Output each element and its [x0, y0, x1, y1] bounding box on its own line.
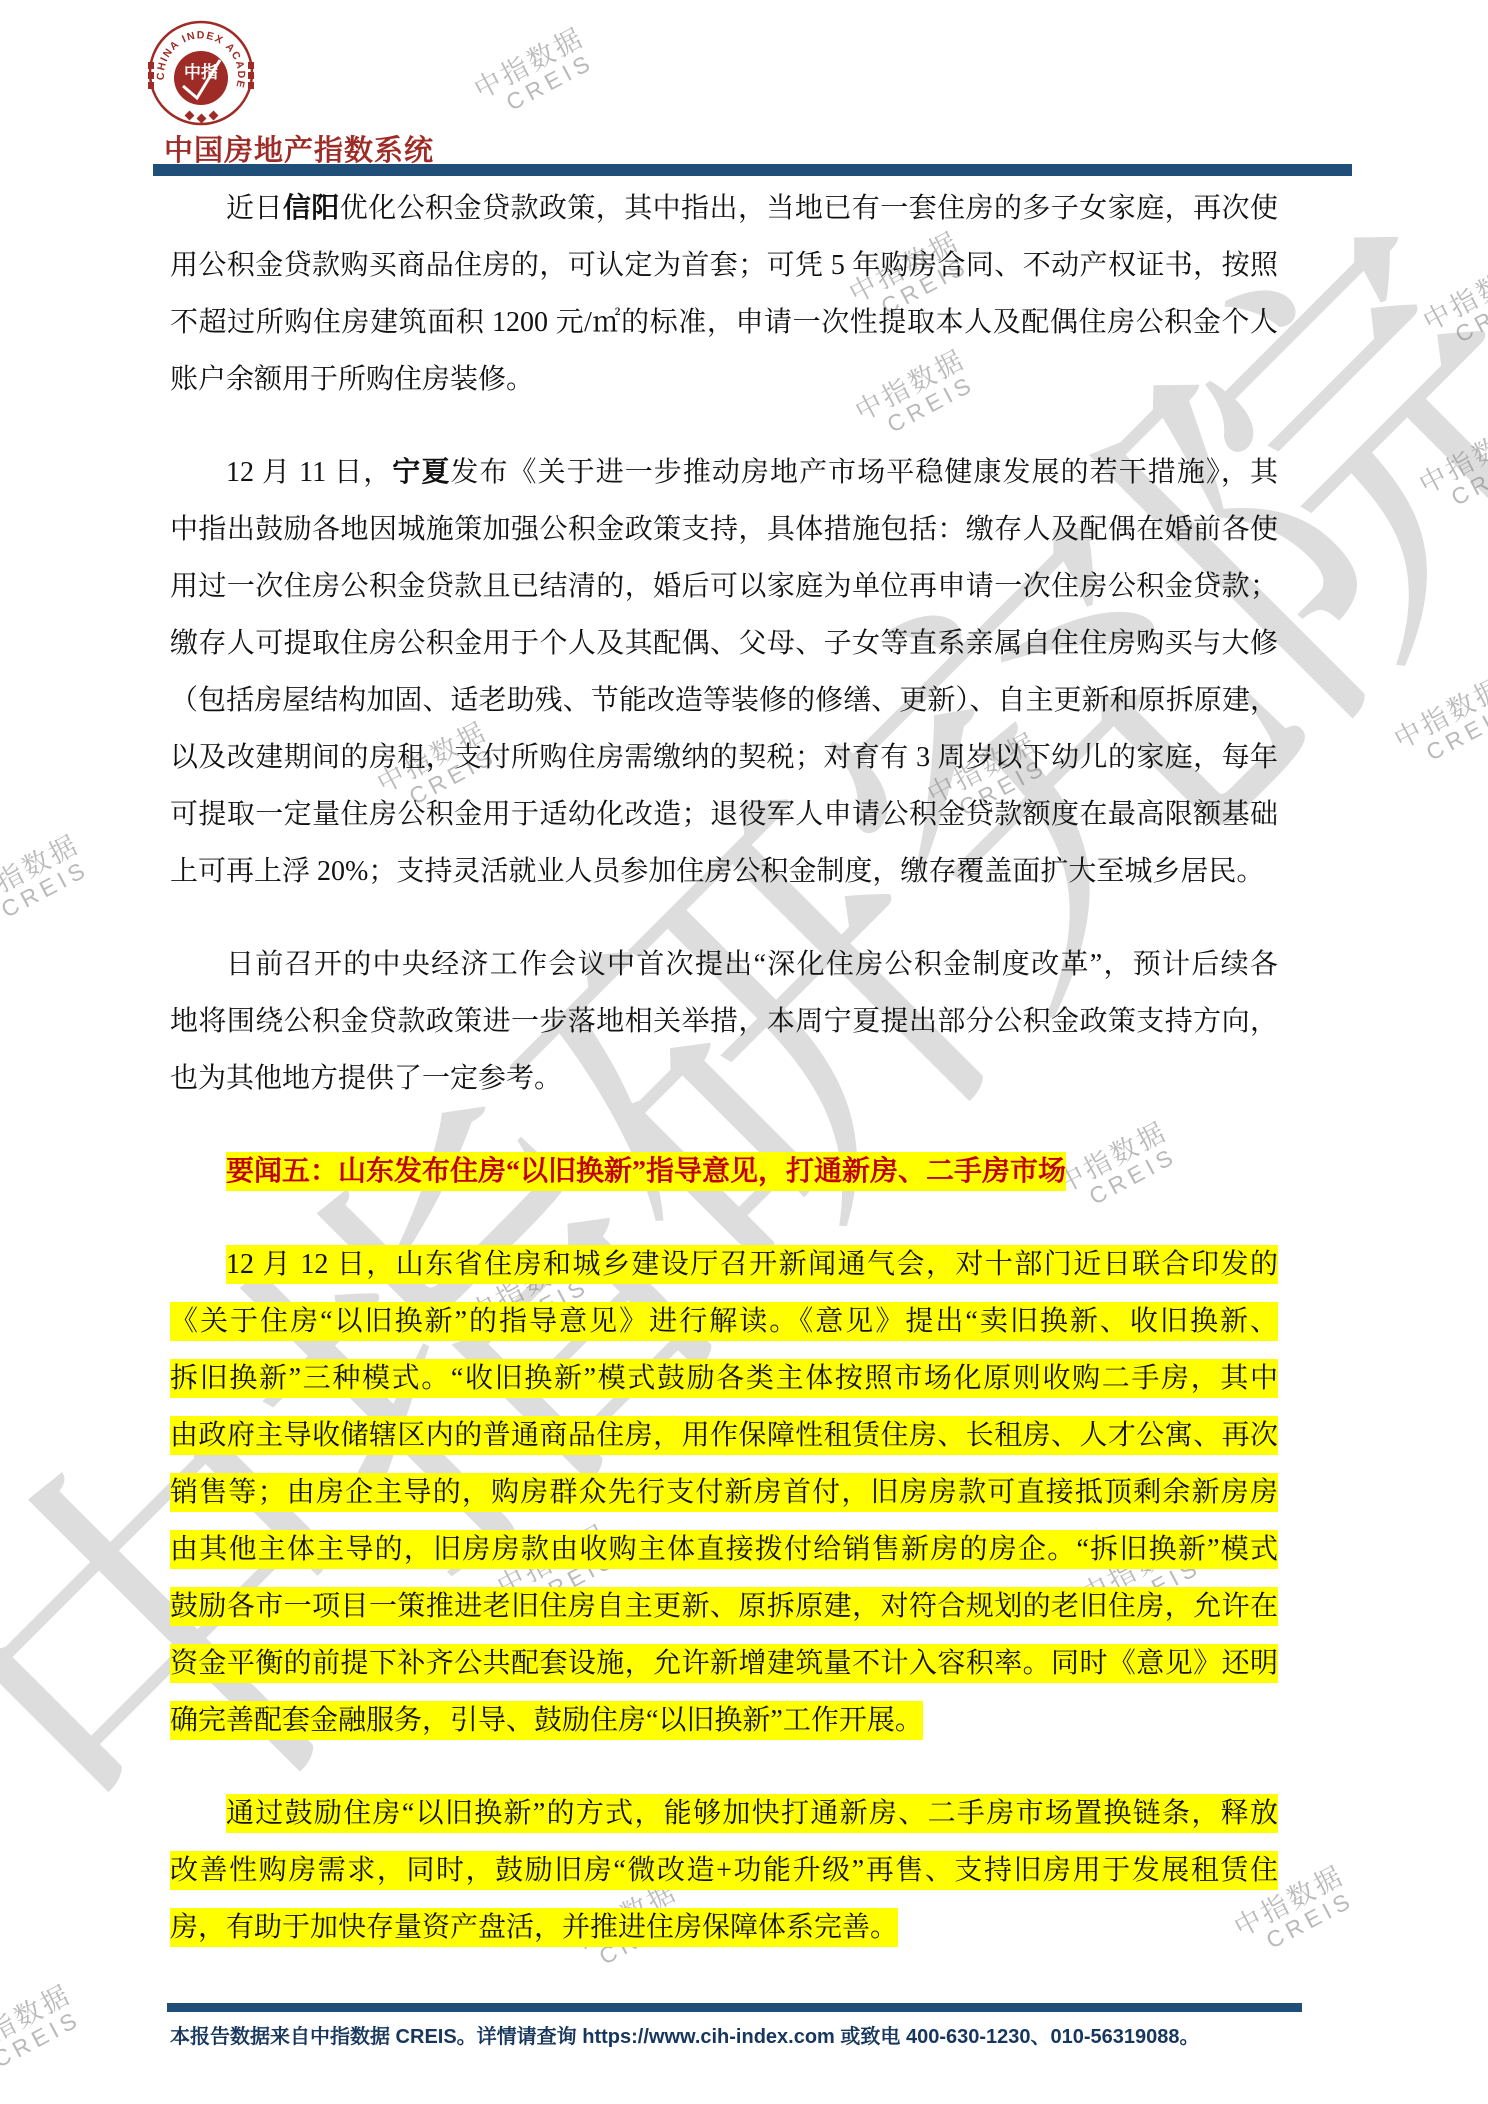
highlight-span: 《关于住房“以旧换新”的指导意见》进行解读。《意见》提出“卖旧换新、收旧换新、	[170, 1302, 1278, 1341]
highlight-span: 通过鼓励住房“以旧换新”的方式，能够加快打通新房、二手房市场置换链条，释放	[226, 1794, 1278, 1833]
highlight-span: 12 月 12 日，山东省住房和城乡建设厅召开新闻通气会，对十部门近日联合印发的	[226, 1245, 1278, 1284]
text-line: 改善性购房需求，同时，鼓励旧房“微改造+功能升级”再售、支持旧房用于发展租赁住	[170, 1842, 1278, 1899]
highlight-span: 要闻五：山东发布住房“以旧换新”指导意见，打通新房、二手房市场	[226, 1152, 1066, 1191]
highlight-span: 房，有助于加快存量资产盘活，并推进住房保障体系完善。	[170, 1908, 898, 1947]
text-line: 鼓励各市一项目一策推进老旧住房自主更新、原拆原建，对符合规划的老旧住房，允许在	[170, 1578, 1278, 1635]
text-line: 近日信阳优化公积金贷款政策，其中指出，当地已有一套住房的多子女家庭，再次使	[170, 180, 1278, 237]
text-line: 可提取一定量住房公积金用于适幼化改造；退役军人申请公积金贷款额度在最高限额基础	[170, 786, 1278, 843]
highlight-span: 由其他主体主导的，旧房房款由收购主体直接拨付给销售新房的房企。“拆旧换新”模式	[170, 1530, 1278, 1569]
text-line: 缴存人可提取住房公积金用于个人及其配偶、父母、子女等直系亲属自住住房购买与大修	[170, 615, 1278, 672]
creis-watermark-small: 中指数据CREIS	[1390, 673, 1488, 776]
highlight-span: 鼓励各市一项目一策推进老旧住房自主更新、原拆原建，对符合规划的老旧住房，允许在	[170, 1587, 1278, 1626]
text-line: 日前召开的中央经济工作会议中首次提出“深化住房公积金制度改革”，预计后续各	[170, 936, 1278, 993]
text-line: 12 月 11 日，宁夏发布《关于进一步推动房地产市场平稳健康发展的若干措施》，…	[170, 444, 1278, 501]
text-line: 要闻五：山东发布住房“以旧换新”指导意见，打通新房、二手房市场	[170, 1143, 1278, 1200]
creis-watermark-small: 中指数据CREIS	[1415, 418, 1488, 521]
system-title: 中国房地产指数系统	[164, 128, 434, 169]
text-line: 确完善配套金融服务，引导、鼓励住房“以旧换新”工作开展。	[170, 1692, 1278, 1749]
text-line: 不超过所购住房建筑面积 1200 元/㎡的标准，申请一次性提取本人及配偶住房公积…	[170, 294, 1278, 351]
footer-divider	[167, 2003, 1302, 2012]
text-line: 通过鼓励住房“以旧换新”的方式，能够加快打通新房、二手房市场置换链条，释放	[170, 1785, 1278, 1842]
text-line: 12 月 12 日，山东省住房和城乡建设厅召开新闻通气会，对十部门近日联合印发的	[170, 1236, 1278, 1293]
creis-logo: CHINA INDEX ACADEMY 中指	[148, 20, 254, 126]
para-xinyang-policy: 近日信阳优化公积金贷款政策，其中指出，当地已有一套住房的多子女家庭，再次使用公积…	[170, 180, 1278, 408]
text-line: 以及改建期间的房租，支付所购住房需缴纳的契税；对育有 3 周岁以下幼儿的家庭，每…	[170, 729, 1278, 786]
text-line: 房，有助于加快存量资产盘活，并推进住房保障体系完善。	[170, 1899, 1278, 1956]
text-line: 地将围绕公积金贷款政策进一步落地相关举措，本周宁夏提出部分公积金政策支持方向，	[170, 993, 1278, 1050]
document-body: 近日信阳优化公积金贷款政策，其中指出，当地已有一套住房的多子女家庭，再次使用公积…	[170, 180, 1278, 1956]
text-line: 《关于住房“以旧换新”的指导意见》进行解读。《意见》提出“卖旧换新、收旧换新、	[170, 1293, 1278, 1350]
text-line: 用过一次住房公积金贷款且已结清的，婚后可以家庭为单位再申请一次住房公积金贷款；	[170, 558, 1278, 615]
creis-watermark-small: 中指数据CREIS	[0, 830, 95, 933]
creis-watermark-small: 中指数据CREIS	[0, 1980, 87, 2083]
text-line: 也为其他地方提供了一定参考。	[170, 1050, 1278, 1107]
highlight-span: 资金平衡的前提下补齐公共配套设施，允许新增建筑量不计入容积率。同时《意见》还明	[170, 1644, 1278, 1683]
text-line: （包括房屋结构加固、适老助残、节能改造等装修的修缮、更新）、自主更新和原拆原建，	[170, 672, 1278, 729]
creis-watermark-small: 中指数据CREIS	[470, 23, 601, 126]
highlight-span: 拆旧换新”三种模式。“收旧换新”模式鼓励各类主体按照市场化原则收购二手房，其中	[170, 1359, 1278, 1398]
text-line: 拆旧换新”三种模式。“收旧换新”模式鼓励各类主体按照市场化原则收购二手房，其中	[170, 1350, 1278, 1407]
highlight-span: 改善性购房需求，同时，鼓励旧房“微改造+功能升级”再售、支持旧房用于发展租赁住	[170, 1851, 1278, 1890]
text-line: 销售等；由房企主导的，购房群众先行支付新房首付，旧房房款可直接抵顶剩余新房房款；	[170, 1464, 1278, 1521]
creis-watermark-small: 中指数据CREIS	[1419, 255, 1488, 358]
para-central-economic-conference: 日前召开的中央经济工作会议中首次提出“深化住房公积金制度改革”，预计后续各地将围…	[170, 936, 1278, 1107]
text-line: 中指出鼓励各地因城施策加强公积金政策支持，具体措施包括：缴存人及配偶在婚前各使	[170, 501, 1278, 558]
text-line: 由其他主体主导的，旧房房款由收购主体直接拨付给销售新房的房企。“拆旧换新”模式	[170, 1521, 1278, 1578]
para-trade-in-impact: 通过鼓励住房“以旧换新”的方式，能够加快打通新房、二手房市场置换链条，释放改善性…	[170, 1785, 1278, 1956]
logo-seal-text: 中指	[184, 62, 218, 82]
text-line: 资金平衡的前提下补齐公共配套设施，允许新增建筑量不计入容积率。同时《意见》还明	[170, 1635, 1278, 1692]
highlight-span: 由政府主导收储辖区内的普通商品住房，用作保障性租赁住房、长租房、人才公寓、再次	[170, 1416, 1278, 1455]
report-page: 中指研究院 中指数据CREIS中指数据CREIS中指数据CREIS中指数据CRE…	[0, 0, 1488, 2104]
text-line: 上可再上浮 20%；支持灵活就业人员参加住房公积金制度，缴存覆盖面扩大至城乡居民…	[170, 843, 1278, 900]
header-divider	[153, 164, 1352, 176]
text-line: 由政府主导收储辖区内的普通商品住房，用作保障性租赁住房、长租房、人才公寓、再次	[170, 1407, 1278, 1464]
para-shandong-trade-in: 12 月 12 日，山东省住房和城乡建设厅召开新闻通气会，对十部门近日联合印发的…	[170, 1236, 1278, 1749]
heading-yaowen-5: 要闻五：山东发布住房“以旧换新”指导意见，打通新房、二手房市场	[170, 1143, 1278, 1200]
para-ningxia-policy: 12 月 11 日，宁夏发布《关于进一步推动房地产市场平稳健康发展的若干措施》，…	[170, 444, 1278, 900]
text-line: 账户余额用于所购住房装修。	[170, 351, 1278, 408]
footer-note: 本报告数据来自中指数据 CREIS。详情请查询 https://www.cih-…	[170, 2020, 1320, 2049]
text-line: 用公积金贷款购买商品住房的，可认定为首套；可凭 5 年购房合同、不动产权证书，按…	[170, 237, 1278, 294]
highlight-span: 确完善配套金融服务，引导、鼓励住房“以旧换新”工作开展。	[170, 1701, 923, 1740]
